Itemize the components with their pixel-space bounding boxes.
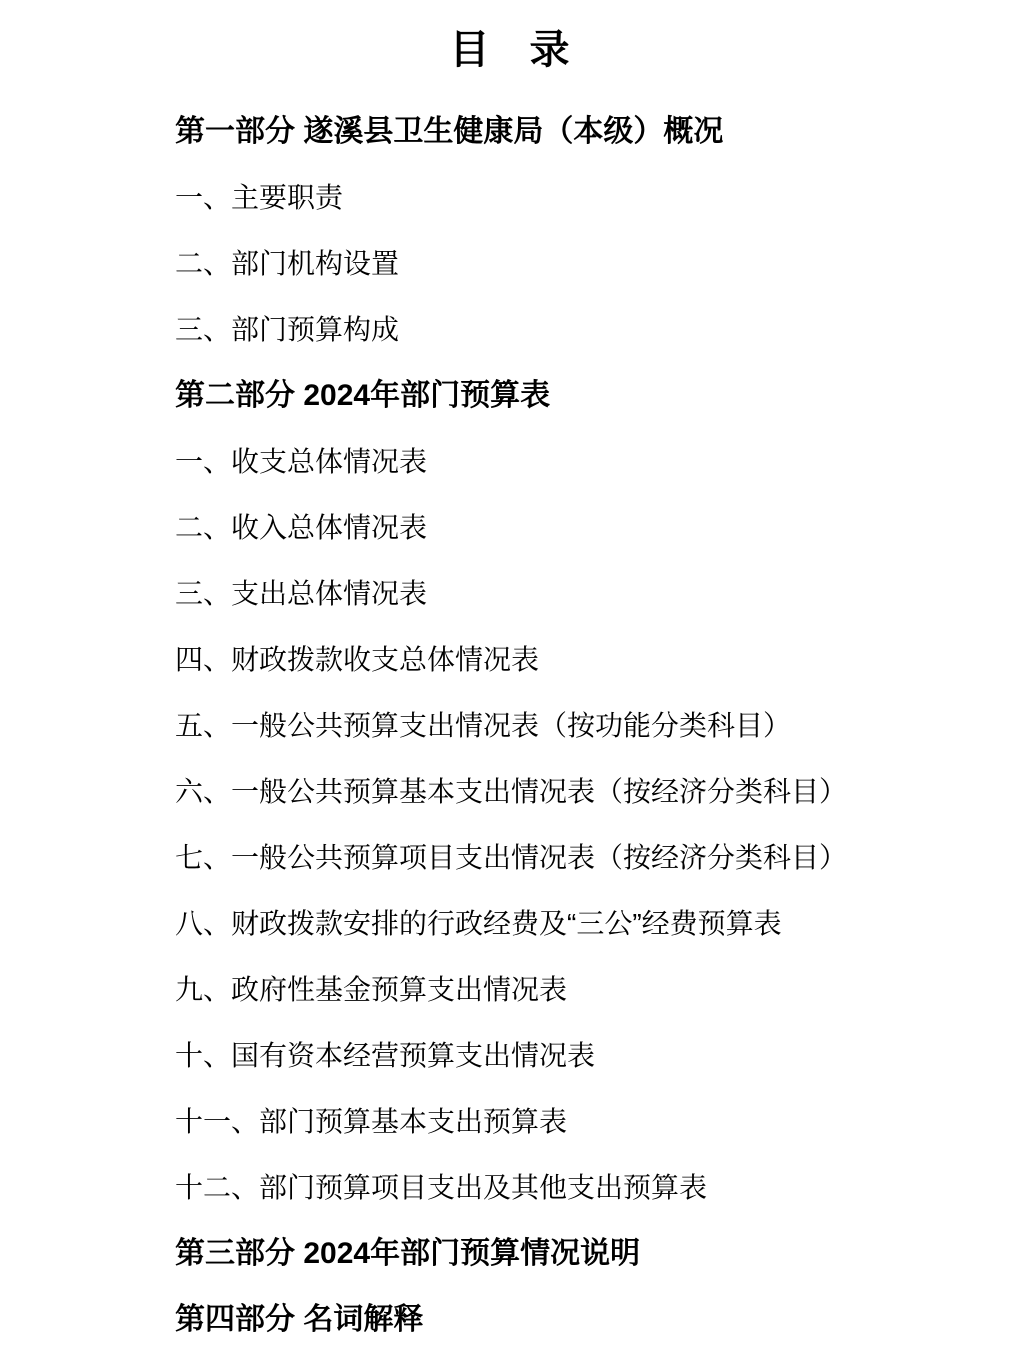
toc-item-part2-7: 七、一般公共预算项目支出情况表（按经济分类科目）: [175, 825, 899, 891]
table-of-contents: 第一部分 遂溪县卫生健康局（本级）概况 一、主要职责 二、部门机构设置 三、部门…: [175, 99, 899, 1353]
toc-section-heading-part1: 第一部分 遂溪县卫生健康局（本级）概况: [175, 99, 899, 165]
toc-item-part2-9: 九、政府性基金预算支出情况表: [175, 957, 899, 1023]
page-title: 目 录: [0, 0, 1019, 86]
toc-item-part2-10: 十、国有资本经营预算支出情况表: [175, 1023, 899, 1089]
toc-item-part2-2: 二、收入总体情况表: [175, 495, 899, 561]
toc-item-part2-8: 八、财政拨款安排的行政经费及“三公”经费预算表: [175, 891, 899, 957]
toc-item-part2-1: 一、收支总体情况表: [175, 429, 899, 495]
toc-item-part1-1: 一、主要职责: [175, 165, 899, 231]
toc-section-heading-part2: 第二部分 2024年部门预算表: [175, 363, 899, 429]
toc-item-part2-3: 三、支出总体情况表: [175, 561, 899, 627]
document-page: 目 录 第一部分 遂溪县卫生健康局（本级）概况 一、主要职责 二、部门机构设置 …: [0, 0, 1019, 1355]
toc-item-part1-2: 二、部门机构设置: [175, 231, 899, 297]
toc-item-part2-5: 五、一般公共预算支出情况表（按功能分类科目）: [175, 693, 899, 759]
toc-section-heading-part3: 第三部分 2024年部门预算情况说明: [175, 1221, 899, 1287]
toc-section-heading-part4: 第四部分 名词解释: [175, 1287, 899, 1353]
toc-item-part2-4: 四、财政拨款收支总体情况表: [175, 627, 899, 693]
toc-item-part2-12: 十二、部门预算项目支出及其他支出预算表: [175, 1155, 899, 1221]
toc-item-part2-11: 十一、部门预算基本支出预算表: [175, 1089, 899, 1155]
toc-item-part1-3: 三、部门预算构成: [175, 297, 899, 363]
toc-item-part2-6: 六、一般公共预算基本支出情况表（按经济分类科目）: [175, 759, 899, 825]
